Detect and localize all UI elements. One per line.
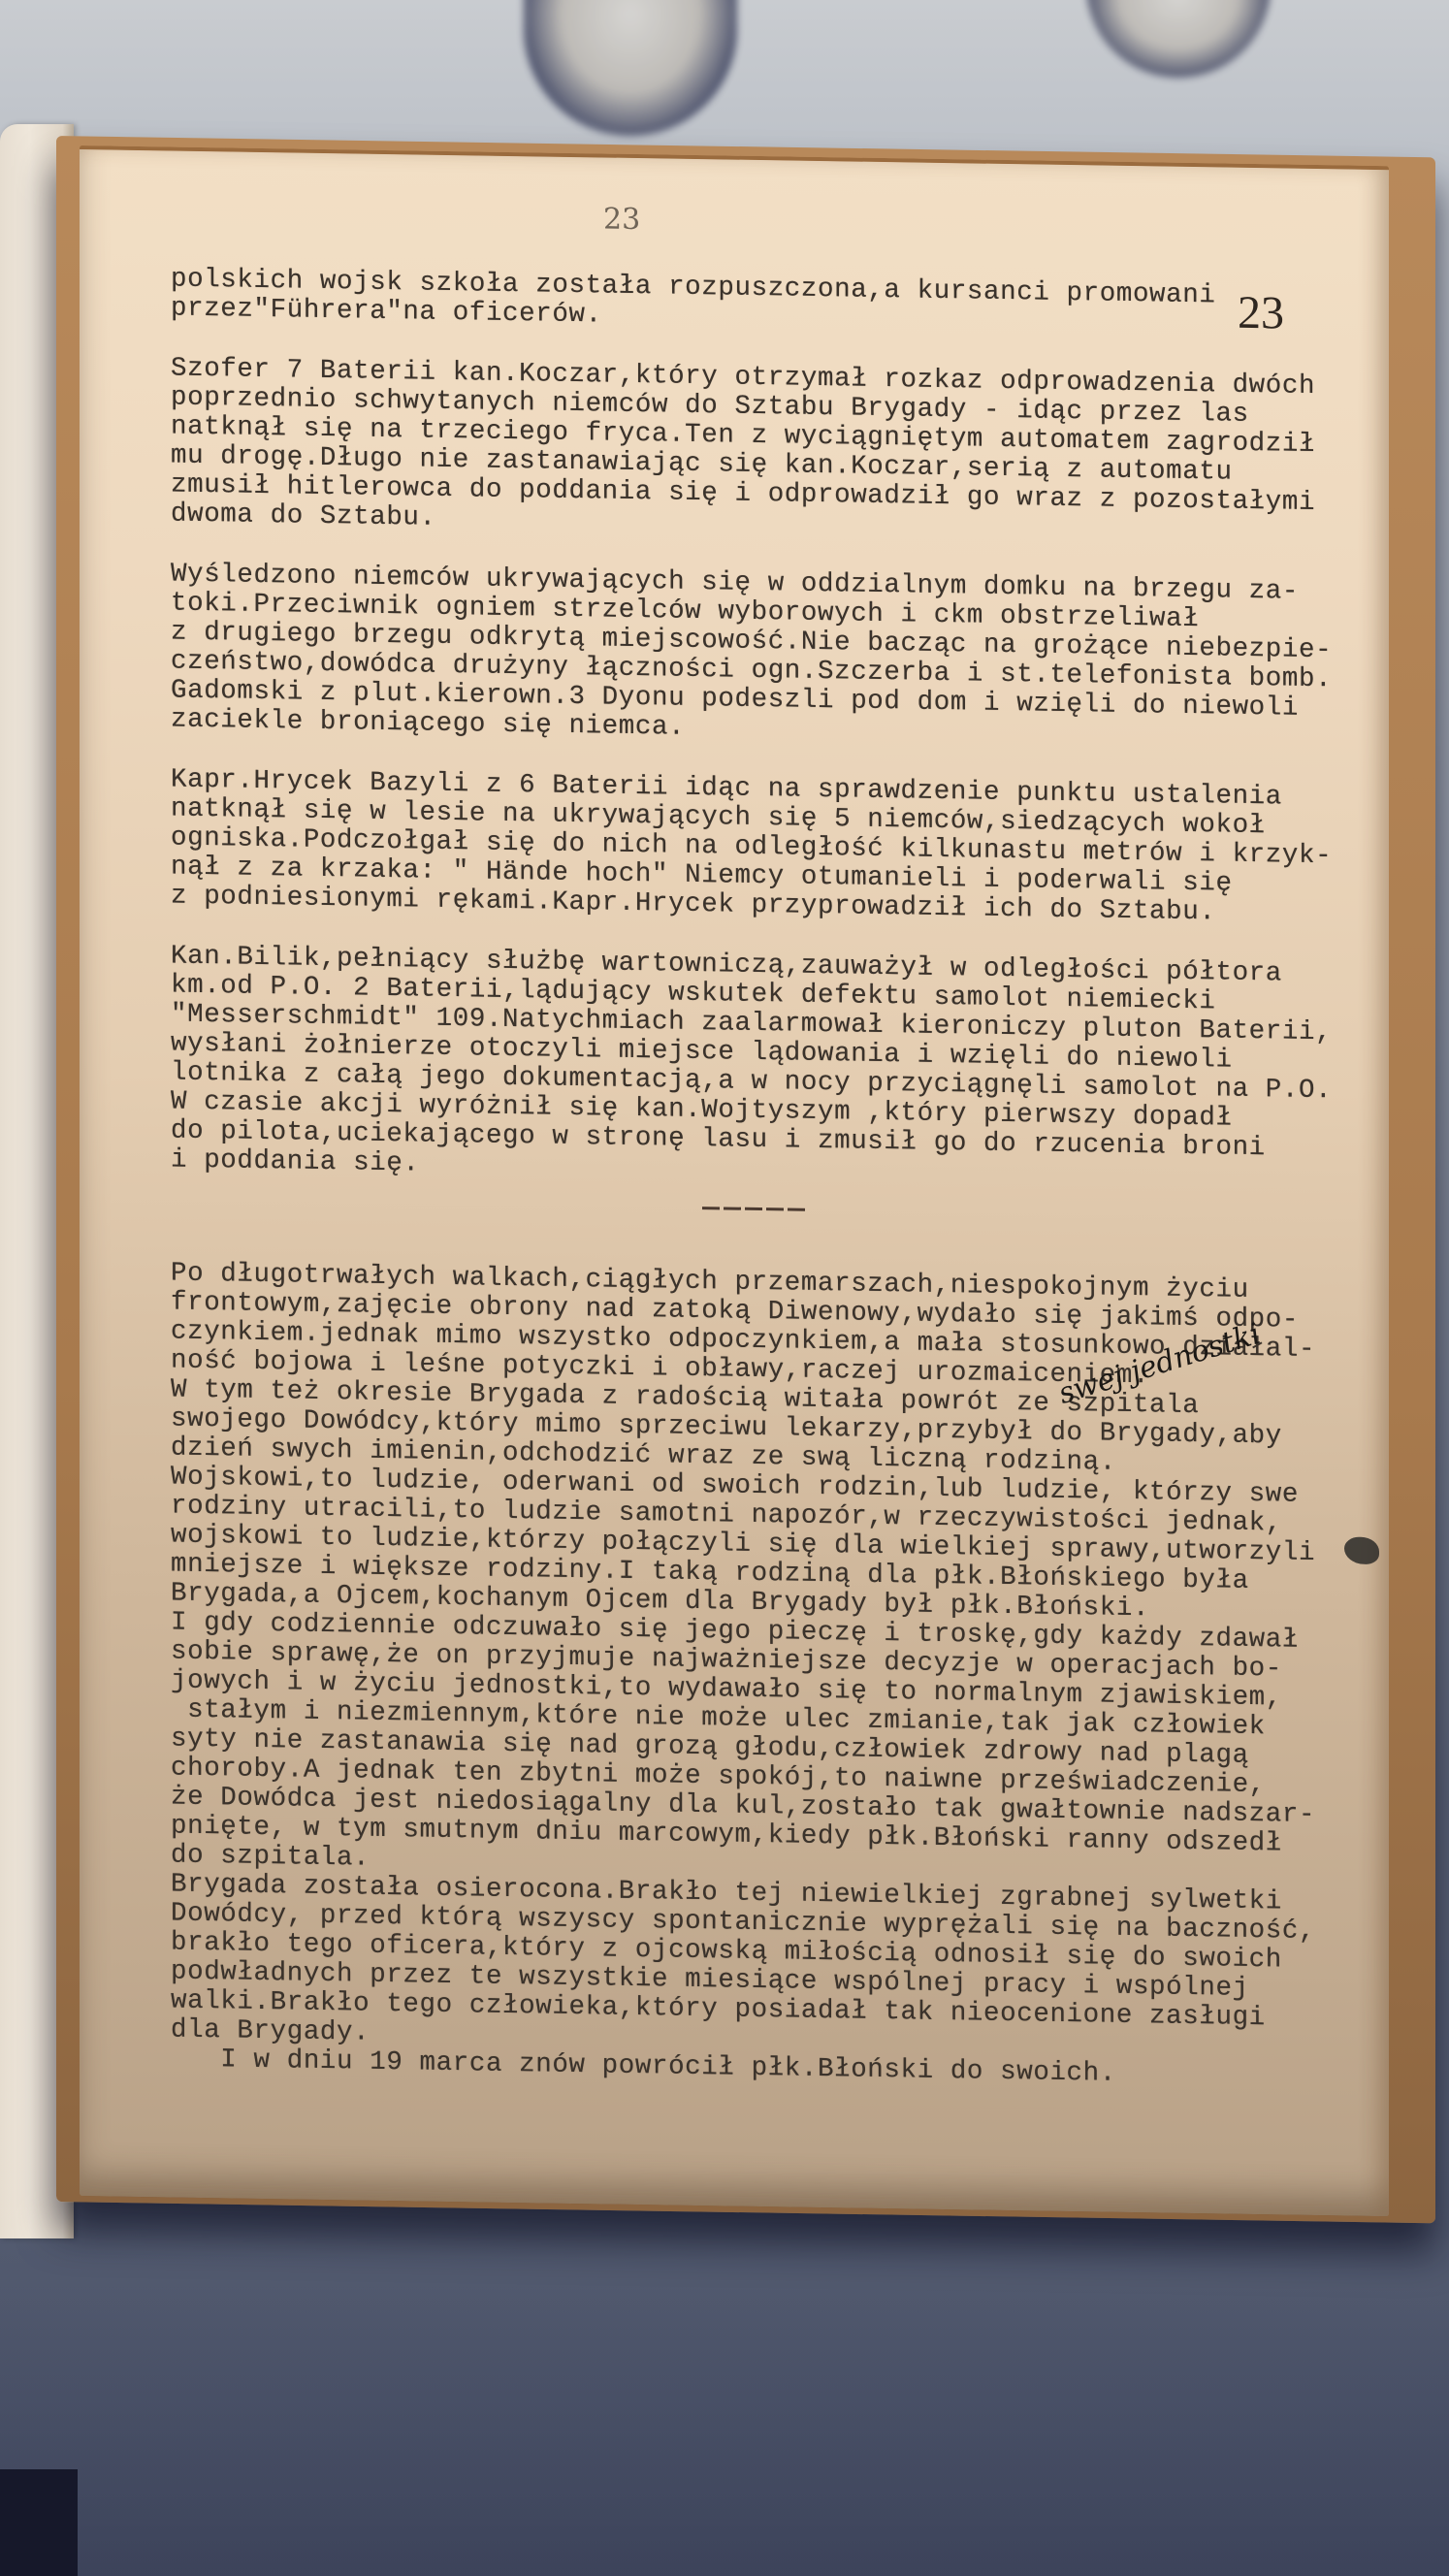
paragraph-hrycek: Kapr.Hrycek Bazyli z 6 Baterii idąc na s… <box>171 765 1364 929</box>
binder-clip-decoration <box>1086 0 1271 78</box>
paragraph-blonski: Po długotrwałych walkach,ciągłych przema… <box>171 1259 1364 2092</box>
document-body: polskich wojsk szkoła została rozpuszczo… <box>171 265 1364 2092</box>
page-number-pencil: 23 <box>603 202 640 237</box>
paragraph-house-capture: Wyśledzono niemców ukrywających się w od… <box>171 560 1364 753</box>
background-shadow <box>0 2285 1449 2576</box>
binder-clip-decoration <box>524 0 737 136</box>
section-separator <box>702 1207 809 1211</box>
dark-object-corner <box>0 2469 78 2576</box>
paragraph-koczar: Szofer 7 Baterii kan.Koczar,który otrzym… <box>171 354 1364 547</box>
paragraph-school: polskich wojsk szkoła została rozpuszczo… <box>171 265 1364 341</box>
paragraph-bilik: Kan.Bilik,pełniący służbę wartowniczą,za… <box>171 942 1364 1193</box>
typed-document-page: 23 23 polskich wojsk szkoła została rozp… <box>80 145 1389 2216</box>
